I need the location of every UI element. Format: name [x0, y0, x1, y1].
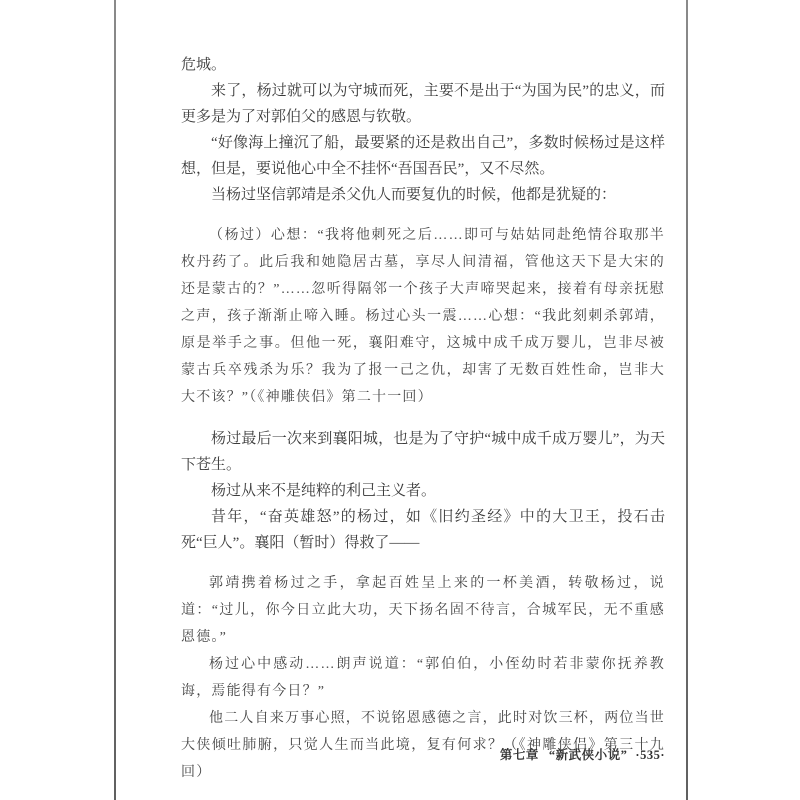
page-text-block: 危城。 来了，杨过就可以为守城而死，主要不是出于“为国为民”的忠义，而更多是为了…	[181, 52, 665, 800]
body-paragraph: 杨过从来不是纯粹的利己主义者。	[181, 478, 665, 504]
body-paragraph: 来了，杨过就可以为守城而死，主要不是出于“为国为民”的忠义，而更多是为了对郭伯父…	[181, 78, 665, 130]
book-page-scan: 危城。 来了，杨过就可以为守城而死，主要不是出于“为国为民”的忠义，而更多是为了…	[0, 0, 800, 800]
page-left-edge-line	[114, 0, 116, 800]
quote-paragraph: 郭靖携着杨过之手，拿起百姓呈上来的一杯美酒，转敬杨过，说道：“过儿，你今日立此大…	[181, 570, 665, 651]
page-right-edge-line	[686, 0, 688, 800]
body-paragraph: 当杨过坚信郭靖是杀父仇人而要复仇的时候，他都是犹疑的：	[181, 182, 665, 208]
body-paragraph: 昔年，“奋英雄怒”的杨过，如《旧约圣经》中的大卫王，投石击死“巨人”。襄阳（暂时…	[181, 504, 665, 556]
quote-block-1: （杨过）心想：“我将他刺死之后……即可与姑姑同赴绝情谷取那半枚丹药了。此后我和她…	[181, 222, 665, 411]
footer-page-number: ·535·	[635, 748, 665, 762]
body-paragraph: 危城。	[181, 52, 665, 78]
quote-paragraph: （杨过）心想：“我将他刺死之后……即可与姑姑同赴绝情谷取那半枚丹药了。此后我和她…	[181, 222, 665, 411]
page-footer: 第七章“新武侠小说”·535·	[181, 745, 665, 763]
footer-chapter-title: “新武侠小说”	[549, 748, 628, 762]
quote-paragraph: 杨过心中感动……朗声说道：“郭伯伯，小侄幼时若非蒙你抚养教诲，焉能得有今日？”	[181, 651, 665, 705]
body-paragraph: “好像海上撞沉了船，最要紧的还是救出自己”，多数时候杨过是这样想，但是，要说他心…	[181, 130, 665, 182]
footer-chapter-label: 第七章	[500, 748, 539, 762]
body-paragraph: 杨过最后一次来到襄阳城，也是为了守护“城中成千成万婴儿”，为天下苍生。	[181, 426, 665, 478]
